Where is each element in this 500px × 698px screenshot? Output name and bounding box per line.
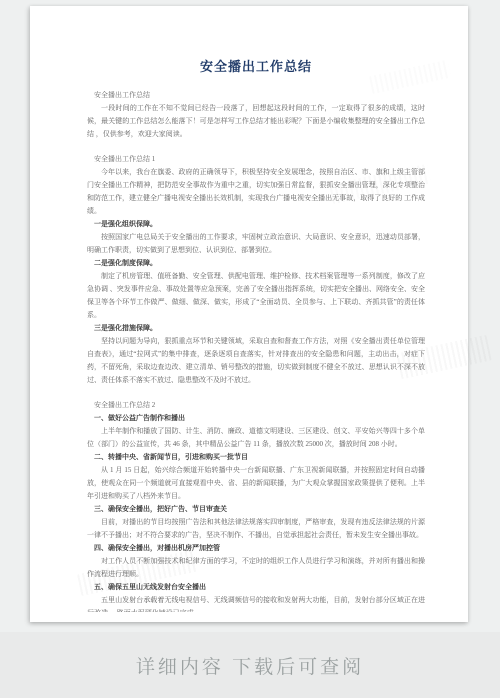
doc-para: 制定了机房管理、值班备勤、安全管理、供配电管理、维护检修、技术档案管理等一系列制… [87, 270, 425, 322]
doc-para: 五里山发射台承载着无线电视信号、无线调频信号的接收和发射两大功能，目前，发射台部… [87, 594, 425, 612]
doc-para: 对工作人员不断加强技术和纪律方面的学习，不定时的组织工作人员进行学习和演练，并对… [87, 555, 425, 581]
doc-heading: 四、确保安全播出，对播出机房严加控管 [87, 542, 425, 555]
document-page: 安全播出工作总结 安全播出工作总结一段时间的工作在不知不觉间已经告一段落了，回想… [30, 6, 468, 622]
doc-para: 上半年制作和播放了国防、计生、消防、廉政、道德文明建设、三区建设、创文、平安始兴… [87, 425, 425, 451]
download-notice-text: 详细内容 下载后可查阅 [136, 652, 364, 679]
doc-heading: 二是强化制度保障。 [87, 257, 425, 270]
doc-heading: 五、确保五里山无线发射台安全播出 [87, 581, 425, 594]
doc-para: 按照国家广电总局关于安全播出的工作要求，牢固树立政治意识、大局意识、安全意识，迅… [87, 231, 425, 257]
doc-label: 安全播出工作总结 1 [87, 153, 425, 166]
doc-heading: 二、转播中央、省新闻节目，引进和购买一批节目 [87, 451, 425, 464]
doc-heading: 一、做好公益广告制作和播出 [87, 412, 425, 425]
doc-heading: 三、确保安全播出，把好广告、节目审查关 [87, 503, 425, 516]
doc-para: 目前，对播出的节目均按照广告法和其他法律法规落实四审制度，严格审查，发现有违反法… [87, 516, 425, 542]
doc-label: 安全播出工作总结 2 [87, 399, 425, 412]
document-preview-canvas: 安全播出工作总结 安全播出工作总结一段时间的工作在不知不觉间已经告一段落了，回想… [0, 0, 500, 698]
doc-para: 今年以来，我台在旗委、政府的正确领导下，积极坚持安全发展理念，按照自治区、市、旗… [87, 166, 425, 218]
document-body: 安全播出工作总结一段时间的工作在不知不觉间已经告一段落了，回想起这段时间的工作，… [87, 89, 425, 612]
doc-label: 安全播出工作总结 [87, 89, 425, 102]
doc-para: 一段时间的工作在不知不觉间已经告一段落了，回想起这段时间的工作，一定取得了很多的… [87, 102, 425, 141]
doc-para: 坚持以问题为导向，狠抓重点环节和关键领域，采取自查和督查工作方法，对照《安全播出… [87, 335, 425, 387]
document-content: 安全播出工作总结 安全播出工作总结一段时间的工作在不知不觉间已经告一段落了，回想… [87, 56, 425, 612]
doc-para: 从 1 月 15 日起，始兴综合频道开始转播中央一台新闻联播、广东卫视新闻联播，… [87, 464, 425, 503]
document-title: 安全播出工作总结 [87, 56, 425, 75]
download-notice-bar: 详细内容 下载后可查阅 [0, 632, 500, 698]
doc-heading: 三是强化措施保障。 [87, 322, 425, 335]
doc-heading: 一是强化组织保障。 [87, 218, 425, 231]
